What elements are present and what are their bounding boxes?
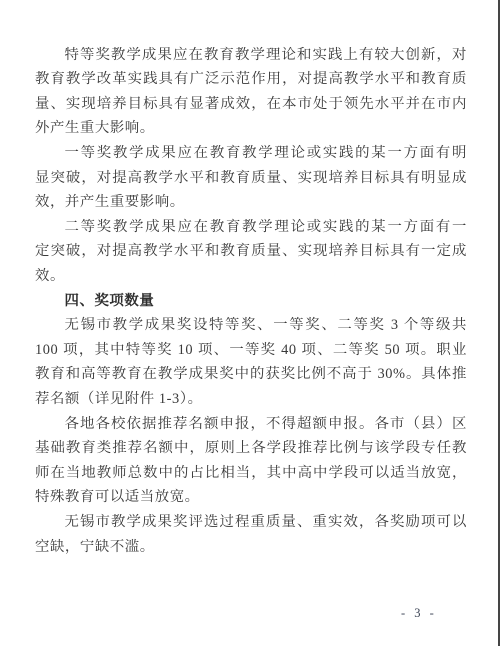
text-line: 效，并产生重要影响。 [35, 190, 467, 215]
document-page: 特等奖教学成果应在教育教学理论和实践上有较大创新，对教育教学改革实践具有广泛示范… [0, 0, 503, 646]
text-line: 无锡市教学成果奖设特等奖、一等奖、二等奖 3 个等级共 [35, 313, 467, 338]
text-line: 显突破，对提高教学水平和教育质量、实现培养目标具有明显成 [35, 166, 467, 191]
text-line: 特等奖教学成果应在教育教学理论和实践上有较大创新，对 [35, 43, 467, 68]
text-line: 效。 [35, 264, 467, 289]
text-line: 定突破，对提高教学水平和教育质量、实现培养目标具有一定成 [35, 239, 467, 264]
section-heading: 四、奖项数量 [35, 289, 467, 314]
text-line: 二等奖教学成果应在教育教学理论或实践的某一方面有一 [35, 215, 467, 240]
scan-edge-line [498, 0, 500, 646]
text-line: 量、实现培养目标具有显著成效，在本市处于领先水平并在市内 [35, 92, 467, 117]
text-line: 无锡市教学成果奖评选过程重质量、重实效，各奖励项可以 [35, 510, 467, 535]
text-line: 师在当地教师总数中的占比相当，其中高中学段可以适当放宽， [35, 461, 467, 486]
text-line: 各地各校依据推荐名额申报，不得超额申报。各市（县）区 [35, 412, 467, 437]
page-number: - 3 - [401, 606, 437, 621]
text-line: 教育教学改革实践具有广泛示范作用，对提高教学水平和教育质 [35, 67, 467, 92]
document-body: 特等奖教学成果应在教育教学理论和实践上有较大创新，对教育教学改革实践具有广泛示范… [35, 43, 467, 560]
text-line: 荐名额（详见附件 1-3）。 [35, 387, 467, 412]
text-line: 外产生重大影响。 [35, 116, 467, 141]
text-line: 100 项，其中特等奖 10 项、一等奖 40 项、二等奖 50 项。职业 [35, 338, 467, 363]
text-line: 基础教育类推荐名额中，原则上各学段推荐比例与该学段专任教 [35, 436, 467, 461]
text-line: 空缺，宁缺不滥。 [35, 535, 467, 560]
text-line: 一等奖教学成果应在教育教学理论或实践的某一方面有明 [35, 141, 467, 166]
text-line: 特殊教育可以适当放宽。 [35, 485, 467, 510]
text-line: 教育和高等教育在教学成果奖中的获奖比例不高于 30%。具体推 [35, 362, 467, 387]
